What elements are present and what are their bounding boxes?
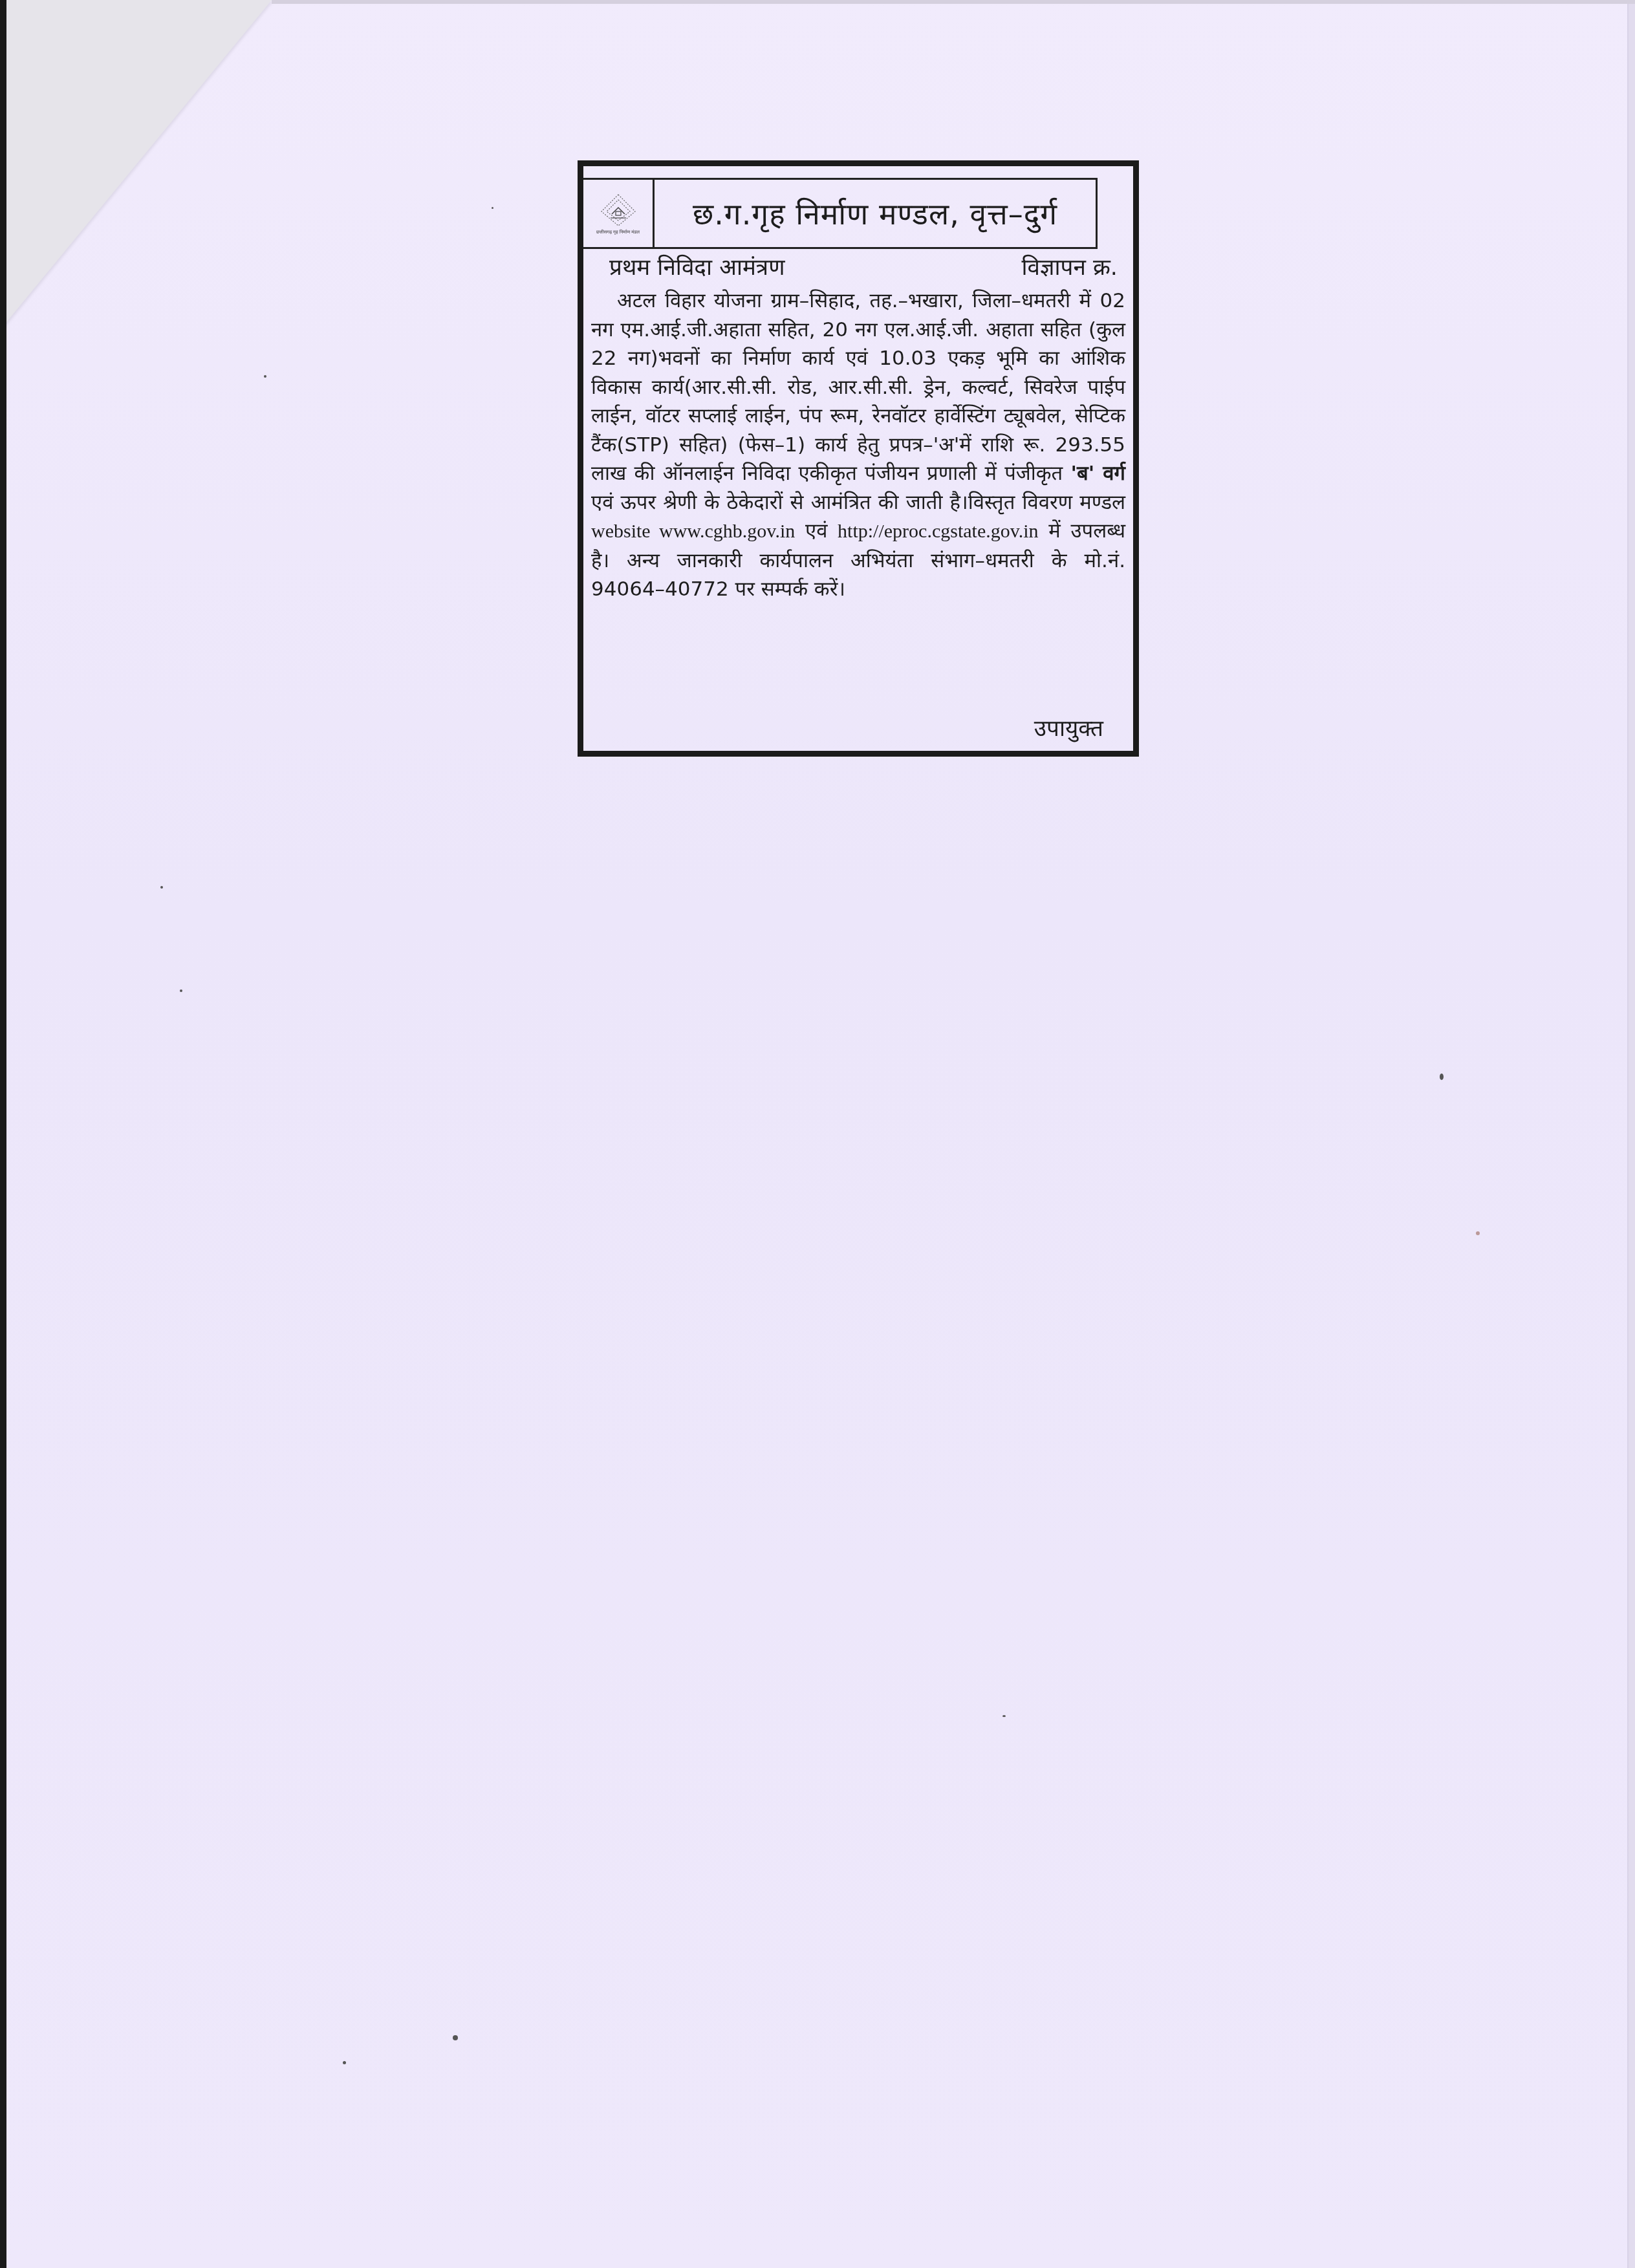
organization-title: छ.ग.गृह निर्माण मण्डल, वृत्त–दुर्ग — [655, 180, 1096, 247]
body-text-part2: एवं ऊपर श्रेणी के ठेकेदारों से आमंत्रित … — [591, 491, 1125, 514]
body-text-part1: अटल विहार योजना ग्राम–सिहाद, तह.–भखारा, … — [591, 289, 1125, 485]
scan-speck — [1002, 1715, 1006, 1717]
scan-speck — [160, 886, 163, 889]
advertisement-number-label: विज्ञापन क्र. — [1022, 252, 1118, 282]
notice-header: छत्तीसगढ़ गृह निर्माण मंडल छ.ग.गृह निर्म… — [583, 178, 1098, 249]
contractor-class: 'ब' वर्ग — [1070, 462, 1125, 485]
folded-page-corner — [0, 0, 272, 330]
tender-invitation-heading: प्रथम निविदा आमंत्रण — [609, 252, 785, 282]
scan-speck — [1440, 1074, 1444, 1080]
scan-speck — [264, 375, 266, 378]
scanner-left-edge — [0, 0, 6, 2268]
tender-notice-box: छत्तीसगढ़ गृह निर्माण मंडल छ.ग.गृह निर्म… — [578, 160, 1139, 757]
logo-caption: छत्तीसगढ़ गृह निर्माण मंडल — [596, 230, 640, 235]
body-text-part3: एवं — [795, 519, 838, 543]
eproc-link[interactable]: http://eproc.cgstate.gov.in — [838, 521, 1038, 542]
signatory-title: उपायुक्त — [1034, 713, 1103, 743]
scan-speck — [180, 989, 182, 992]
scan-speck — [343, 2061, 346, 2064]
scanner-right-edge — [1627, 0, 1635, 2268]
scan-speck — [453, 2035, 458, 2040]
website-link[interactable]: website www.cghb.gov.in — [591, 521, 795, 542]
housing-board-emblem-icon — [599, 192, 638, 228]
notice-body: अटल विहार योजना ग्राम–सिहाद, तह.–भखारा, … — [591, 286, 1125, 604]
scan-speck — [492, 207, 493, 209]
logo-cell: छत्तीसगढ़ गृह निर्माण मंडल — [583, 180, 655, 247]
notice-subheading: प्रथम निविदा आमंत्रण विज्ञापन क्र. — [609, 252, 1118, 281]
scan-speck — [1476, 1231, 1480, 1235]
scanner-top-edge — [272, 0, 1635, 4]
